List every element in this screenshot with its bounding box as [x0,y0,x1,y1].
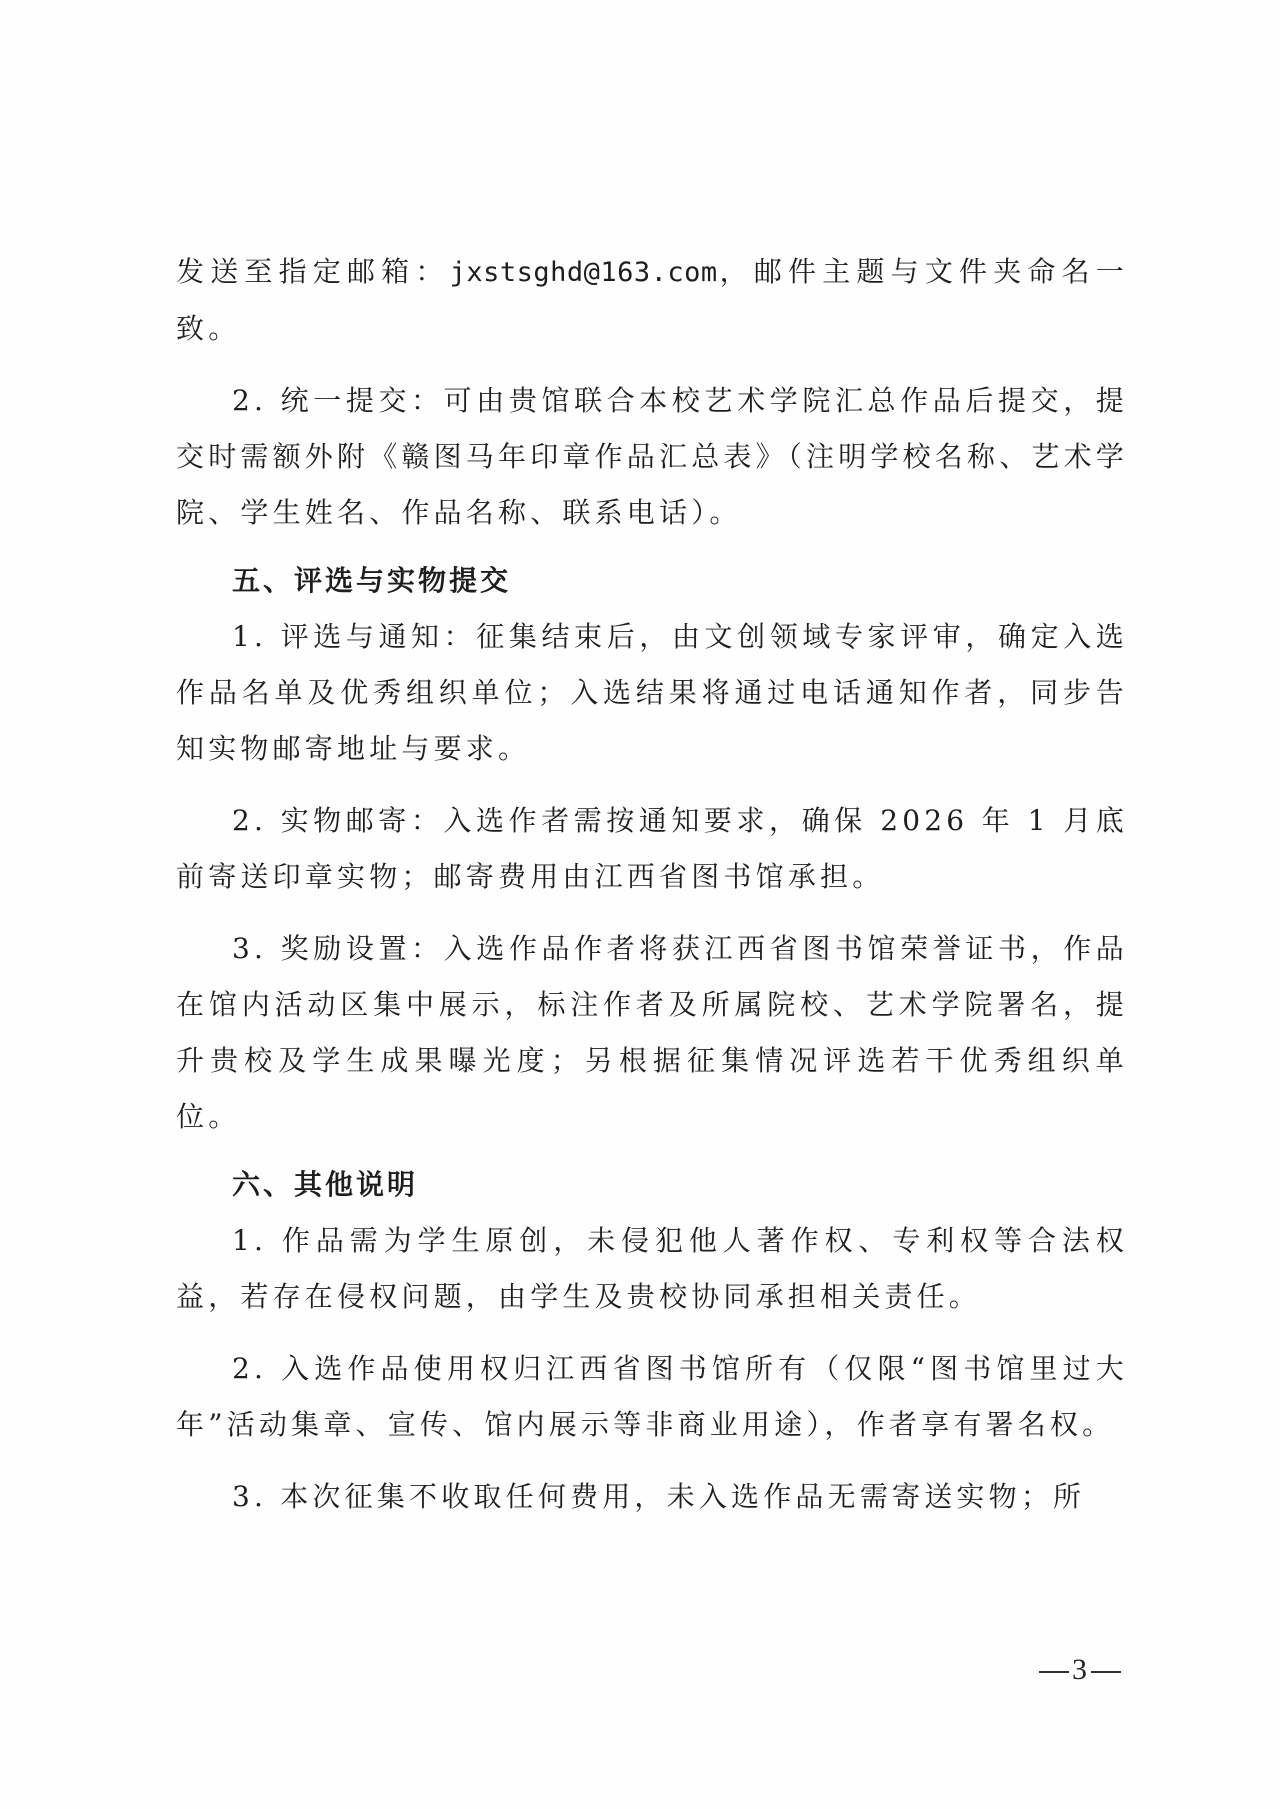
section5-item-2: 2. 实物邮寄：入选作者需按通知要求，确保 2026 年 1 月底前寄送印章实物… [176,793,1128,905]
section5-item-3: 3. 奖励设置：入选作品作者将获江西省图书馆荣誉证书，作品在馆内活动区集中展示，… [176,921,1128,1145]
section-heading-5: 五、评选与实物提交 [176,553,1128,609]
section-heading-6: 六、其他说明 [176,1157,1128,1213]
continuation-paragraph: 发送至指定邮箱：jxstsghd@163.com，邮件主题与文件夹命名一致。 [176,244,1128,357]
continuation-text: 发送至指定邮箱： [176,255,450,288]
page-number-value: 3 [1072,1653,1088,1686]
page-number: 3 [1036,1653,1124,1687]
section5-item-1: 1. 评选与通知：征集结束后，由文创领域专家评审，确定入选作品名单及优秀组织单位… [176,609,1128,777]
dash-left [1039,1671,1069,1673]
section6-item-3: 3. 本次征集不收取任何费用，未入选作品无需寄送实物；所 [176,1469,1128,1525]
section6-item-1: 1. 作品需为学生原创，未侵犯他人著作权、专利权等合法权益，若存在侵权问题，由学… [176,1213,1128,1325]
email-address: jxstsghd@163.com [450,257,718,288]
document-body: 发送至指定邮箱：jxstsghd@163.com，邮件主题与文件夹命名一致。 2… [176,244,1128,1525]
section6-item-2: 2. 入选作品使用权归江西省图书馆所有（仅限“图书馆里过大年”活动集章、宣传、馆… [176,1341,1128,1453]
document-page: 发送至指定邮箱：jxstsghd@163.com，邮件主题与文件夹命名一致。 2… [0,0,1280,1809]
dash-right [1091,1671,1121,1673]
submission-item-2: 2. 统一提交：可由贵馆联合本校艺术学院汇总作品后提交，提交时需额外附《赣图马年… [176,373,1128,541]
